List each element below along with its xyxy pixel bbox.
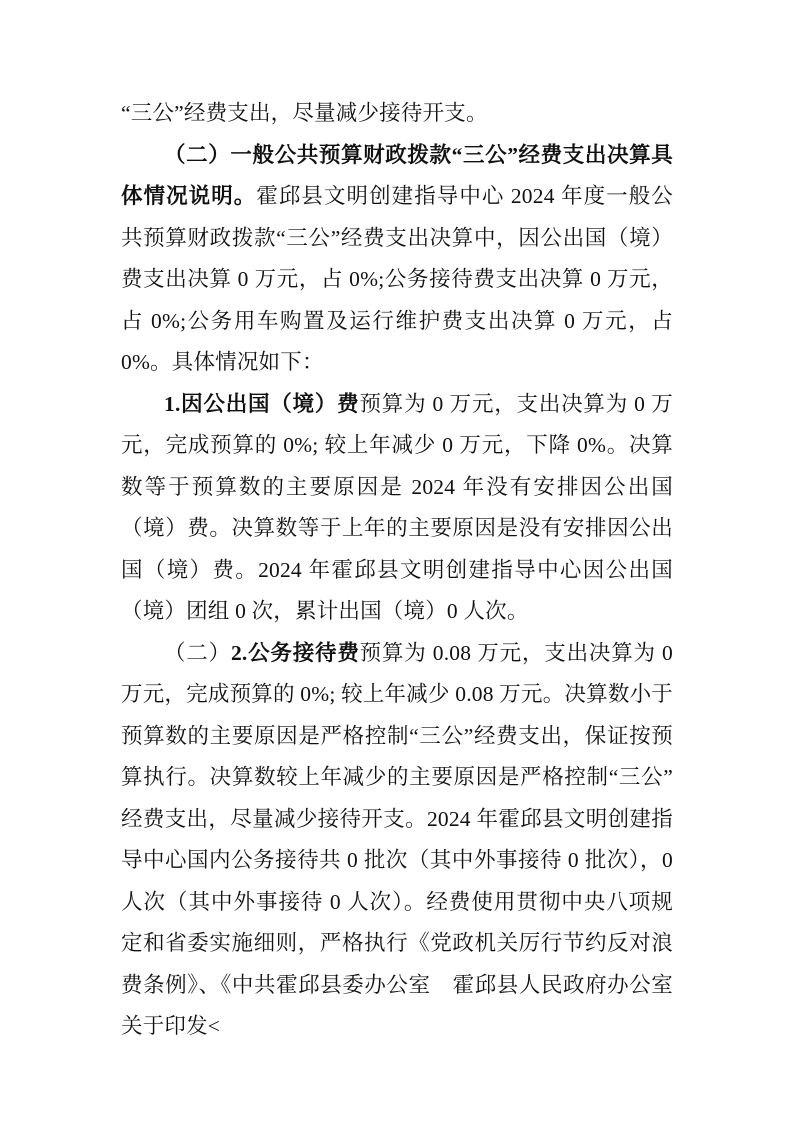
item-number-prefix: （二） — [164, 641, 231, 665]
paragraph-item-2-reception-expense: （二）2.公务接待费预算为 0.08 万元，支出决算为 0 万元，完成预算的 0… — [121, 633, 673, 1048]
paragraph-continuation: “三公”经费支出，尽量减少接待开支。 — [121, 93, 673, 135]
paragraph-item-1-abroad-expense: 1.因公出国（境）费预算为 0 万元，支出决算为 0 万元，完成预算的 0%; … — [121, 384, 673, 633]
paragraph-section-2-summary: （二）一般公共预算财政拨款“三公”经费支出决算具体情况说明。霍邱县文明创建指导中… — [121, 135, 673, 384]
body-text: “三公”经费支出，尽量减少接待开支。 — [121, 101, 488, 125]
item-heading-text: 1.因公出国（境）费 — [164, 392, 359, 416]
document-page: “三公”经费支出，尽量减少接待开支。 （二）一般公共预算财政拨款“三公”经费支出… — [0, 0, 793, 1122]
body-text: 霍邱县文明创建指导中心 2024 年度一般公共预算财政拨款“三公”经费支出决算中… — [121, 184, 673, 374]
body-text: 预算为 0 万元，支出决算为 0 万元，完成预算的 0%; 较上年减少 0 万元… — [121, 392, 673, 624]
body-text: 预算为 0.08 万元，支出决算为 0 万元，完成预算的 0%; 较上年减少 0… — [121, 641, 673, 1039]
item-heading-text: 2.公务接待费 — [231, 641, 360, 665]
document-text-block: “三公”经费支出，尽量减少接待开支。 （二）一般公共预算财政拨款“三公”经费支出… — [121, 93, 673, 1048]
